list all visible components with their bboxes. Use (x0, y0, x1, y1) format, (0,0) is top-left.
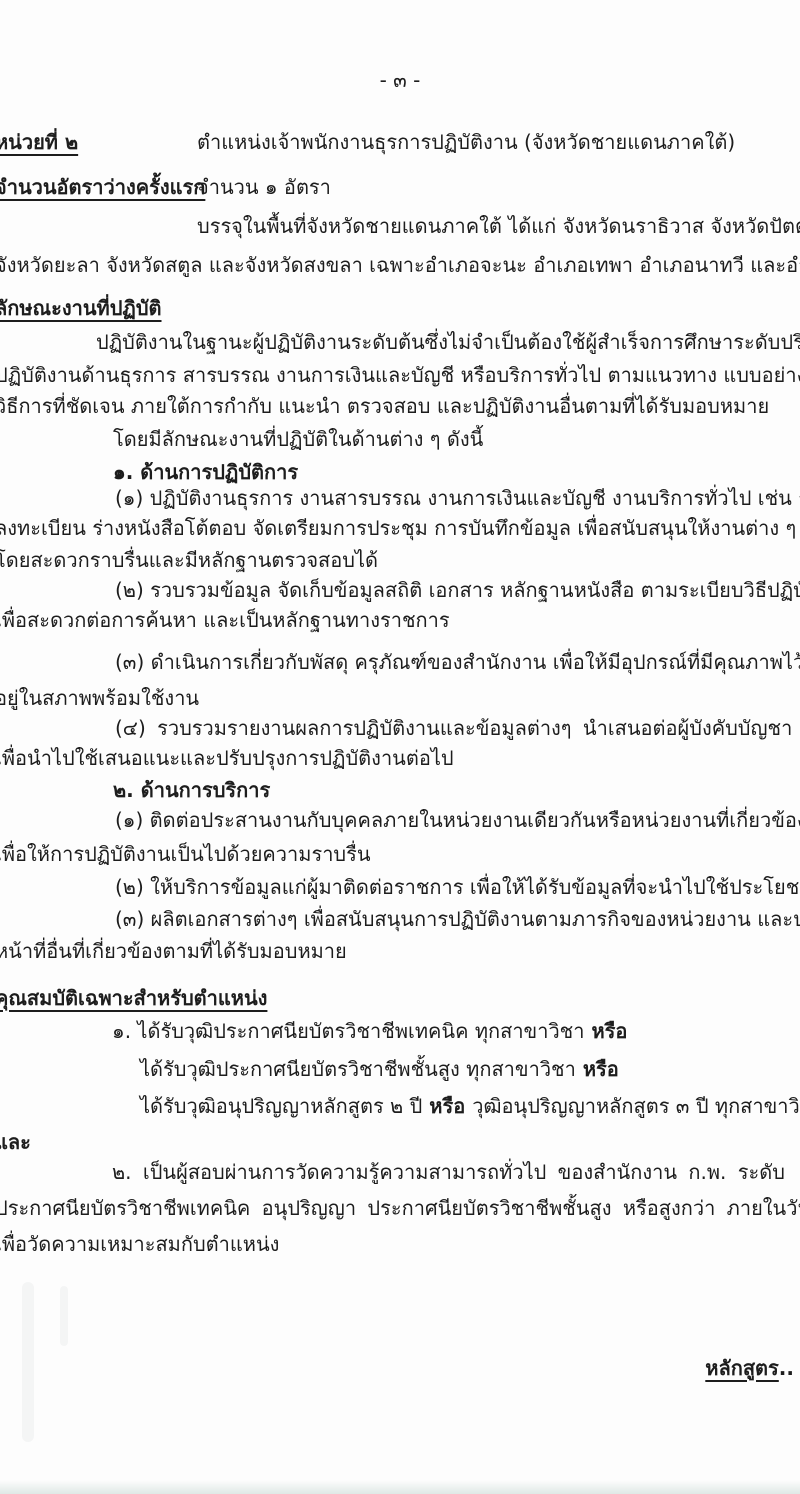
duty-item-line: (๒) ให้บริการข้อมูลแก่ผู้มาติดต่อราชการ … (115, 873, 800, 901)
duty-item-line: (๒) รวบรวมข้อมูล จัดเก็บข้อมูลสถิติ เอกส… (115, 576, 800, 604)
or-keyword: หรือ (592, 1019, 628, 1043)
page-continuation-marker: หลักสูตร.. (705, 1354, 794, 1382)
duty-item-line: เพื่อให้การปฏิบัติงานเป็นไปด้วยความราบรื… (0, 840, 371, 868)
continuation-dots: .. (779, 1356, 794, 1380)
qualification-line: ๒. เป็นผู้สอบผ่านการวัดความรู้ความสามารถ… (112, 1158, 785, 1186)
duties-intro-line: วิธีการที่ชัดเจน ภายใต้การกำกับ แนะนำ ตร… (0, 392, 769, 420)
qualification-line: ประกาศนียบัตรวิชาชีพเทคนิค อนุปริญญา ประ… (0, 1194, 800, 1222)
operations-section-title: ๑. ด้านการปฏิบัติการ (113, 458, 298, 486)
duties-intro-line: โดยมีลักษณะงานที่ปฏิบัติในด้านต่าง ๆ ดัง… (113, 425, 483, 453)
duty-item-line: (๓) ดำเนินการเกี่ยวกับพัสดุ ครุภัณฑ์ของส… (115, 648, 800, 676)
duty-item-line: (๑) ติดต่อประสานงานกับบุคคลภายในหน่วยงาน… (115, 806, 800, 834)
duty-item-line: เพื่อนำไปใช้เสนอแนะและปรับปรุงการปฏิบัติ… (0, 744, 454, 772)
page-number: - ๓ - (0, 66, 800, 94)
duty-item-line: ลงทะเบียน ร่างหนังสือโต้ตอบ จัดเตรียมการ… (0, 514, 800, 542)
or-keyword: หรือ (583, 1057, 619, 1081)
duties-intro-line: ปฏิบัติงานด้านธุรการ สารบรรณ งานการเงินแ… (0, 361, 800, 389)
duties-heading: ลักษณะงานที่ปฏิบัติ (0, 294, 162, 322)
or-keyword: หรือ (429, 1094, 465, 1118)
qualification-text: วุฒิอนุปริญญาหลักสูตร ๓ ปี ทุกสาขาวิชา (472, 1094, 800, 1118)
continuation-word: หลักสูตร (705, 1356, 779, 1380)
qualification-text: ได้รับวุฒิประกาศนียบัตรวิชาชีพชั้นสูง ทุ… (140, 1057, 576, 1081)
unit-label: หน่วยที่ ๒ (0, 128, 78, 156)
duty-item-line: (๑) ปฏิบัติงานธุรการ งานสารบรรณ งานการเง… (115, 484, 800, 512)
scan-smudge (60, 1286, 68, 1346)
duty-item-line: อยู่ในสภาพพร้อมใช้งาน (0, 684, 199, 712)
qualification-text: ได้รับวุฒิอนุปริญญาหลักสูตร ๒ ปี (140, 1094, 422, 1118)
qualification-text: ๑. ได้รับวุฒิประกาศนียบัตรวิชาชีพเทคนิค … (112, 1019, 585, 1043)
qualification-line: ได้รับวุฒิประกาศนียบัตรวิชาชีพชั้นสูง ทุ… (140, 1055, 619, 1083)
duties-intro-line: ปฏิบัติงานในฐานะผู้ปฏิบัติงานระดับต้นซึ่… (96, 328, 800, 356)
duty-item-line: โดยสะดวกราบรื่นและมีหลักฐานตรวจสอบได้ (0, 546, 378, 574)
qualification-line: ๑. ได้รับวุฒิประกาศนียบัตรวิชาชีพเทคนิค … (112, 1017, 627, 1045)
scan-edge-shadow (0, 1480, 800, 1494)
qualifications-heading: คุณสมบัติเฉพาะสำหรับตำแหน่ง (0, 984, 267, 1012)
and-connector: และ (0, 1128, 31, 1156)
vacancy-count-value: จำนวน ๑ อัตรา (197, 173, 331, 201)
qualification-line: เพื่อวัดความเหมาะสมกับตำแหน่ง (0, 1230, 279, 1258)
vacancy-count-label: จำนวนอัตราว่างครั้งแรก (0, 173, 205, 201)
service-section-title: ๒. ด้านการบริการ (113, 776, 270, 804)
duty-item-line: เพื่อสะดวกต่อการค้นหา และเป็นหลักฐานทางร… (0, 606, 450, 634)
placement-line: บรรจุในพื้นที่จังหวัดชายแดนภาคใต้ ได้แก่… (197, 212, 800, 240)
duty-item-line: (๓) ผลิตเอกสารต่างๆ เพื่อสนับสนุนการปฏิบ… (115, 905, 800, 933)
duty-item-line: หน้าที่อื่นที่เกี่ยวข้องตามที่ได้รับมอบห… (0, 937, 347, 965)
placement-line: จังหวัดยะลา จังหวัดสตูล และจังหวัดสงขลา … (0, 251, 800, 279)
position-title: ตำแหน่งเจ้าพนักงานธุรการปฏิบัติงาน (จังห… (197, 128, 735, 156)
document-page: - ๓ - หน่วยที่ ๒ ตำแหน่งเจ้าพนักงานธุรกา… (0, 0, 800, 1494)
qualification-line: ได้รับวุฒิอนุปริญญาหลักสูตร ๒ ปีหรือวุฒิ… (140, 1092, 800, 1120)
scan-smudge (22, 1282, 34, 1442)
duty-item-line: (๔) รวบรวมรายงานผลการปฏิบัติงานและข้อมูล… (115, 714, 792, 742)
